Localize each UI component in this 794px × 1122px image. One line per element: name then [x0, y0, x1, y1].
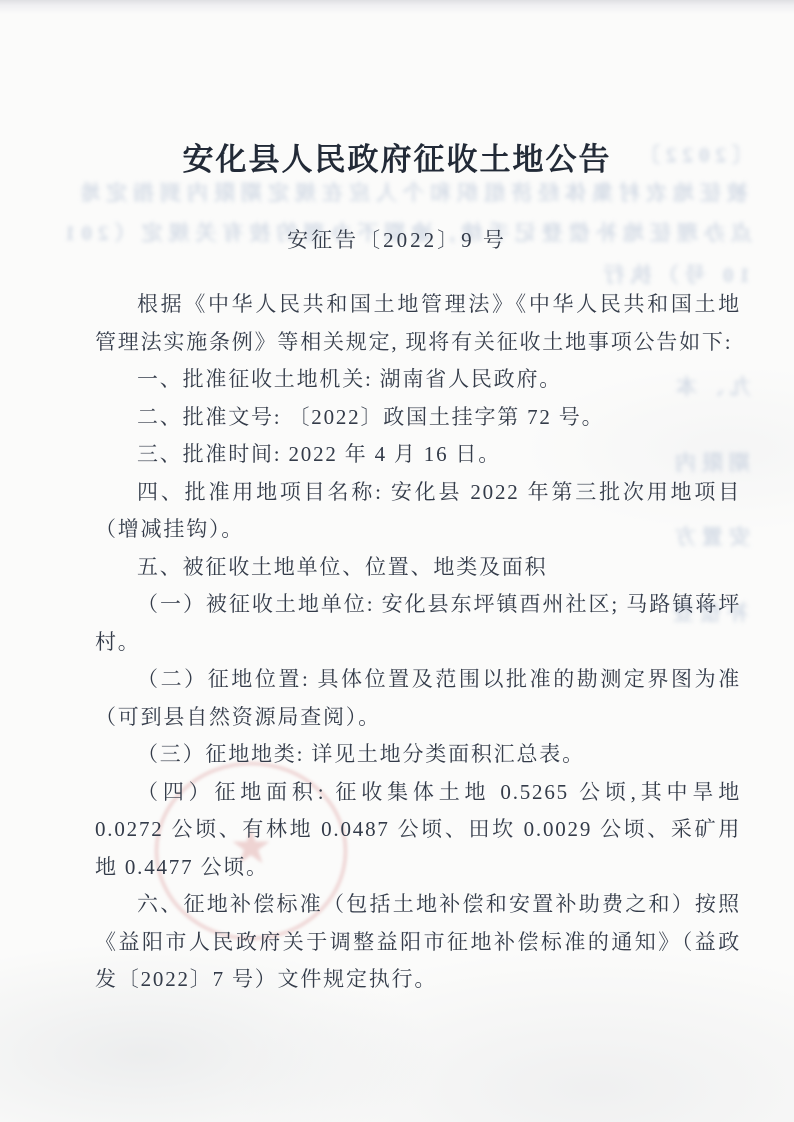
item-project-name: 四、批准用地项目名称: 安化县 2022 年第三批次用地项目（增减挂钩）。 — [95, 474, 741, 549]
item-approval-date: 三、批准时间: 2022 年 4 月 16 日。 — [95, 436, 741, 474]
item-compensation-standard: 六、征地补偿标准（包括土地补偿和安置补助费之和）按照《益阳市人民政府关于调整益阳… — [95, 886, 741, 999]
bleedthrough-text: 被征地农村集体经济组织和个人应在规定期限内到指定地 — [82, 177, 748, 207]
bleedthrough-text: 10 号）执行 — [598, 259, 750, 289]
item-land-info-heading: 五、被征收土地单位、位置、地类及面积 — [95, 549, 741, 587]
intro-paragraph: 根据《中华人民共和国土地管理法》《中华人民共和国土地管理法实施条例》等相关规定,… — [95, 286, 741, 361]
sub-item-land-category: （三）征地地类: 详见土地分类面积汇总表。 — [95, 736, 741, 774]
item-approval-number: 二、批准文号: 〔2022〕政国土挂字第 72 号。 — [95, 399, 741, 437]
sub-item-land-location: （二）征地位置: 具体位置及范围以批准的勘测定界图为准（可到县自然资源局查阅）。 — [95, 661, 741, 736]
item-approving-authority: 一、批准征收土地机关: 湖南省人民政府。 — [95, 361, 741, 399]
document-body: 根据《中华人民共和国土地管理法》《中华人民共和国土地管理法实施条例》等相关规定,… — [95, 286, 741, 999]
sub-item-land-area: （四）征地面积: 征收集体土地 0.5265 公顷,其中旱地 0.0272 公顷… — [95, 774, 741, 887]
document-title: 安化县人民政府征收土地公告 — [0, 134, 794, 179]
sub-item-land-units: （一）被征收土地单位: 安化县东坪镇酉州社区; 马路镇蒋坪村。 — [95, 586, 741, 661]
document-page: 〔2022〕 被征地农村集体经济组织和个人应在规定期限内到指定地 点办理征地补偿… — [0, 0, 794, 1122]
document-number: 安征告〔2022〕9 号 — [0, 224, 794, 254]
